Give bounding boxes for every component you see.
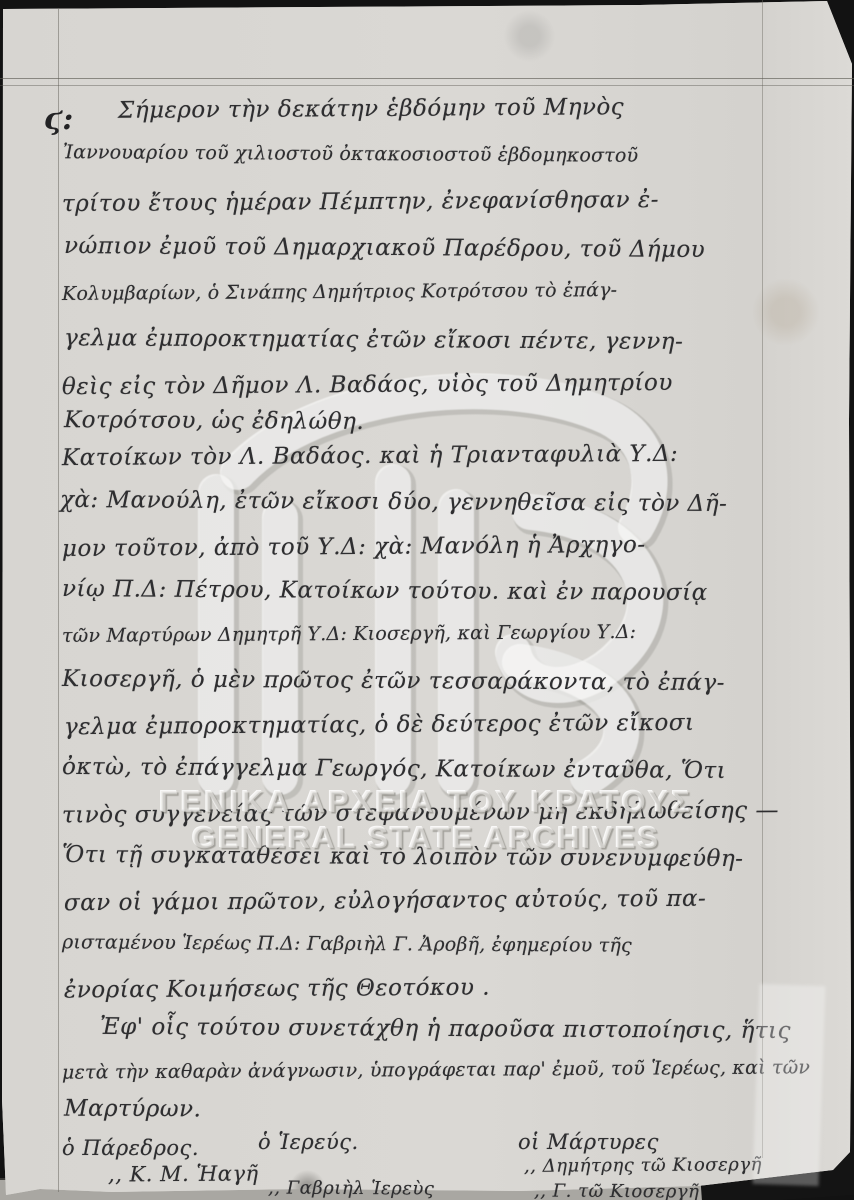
- watermark-text-english: GENERAL STATE ARCHIVES: [168, 820, 684, 856]
- manuscript-line: γελμα ἐμποροκτηματίας, ὁ δὲ δεύτερος ἐτῶ…: [64, 710, 695, 740]
- manuscript-line: Ἰαννουαρίου τοῦ χιλιοστοῦ ὀκτακοσιοστοῦ …: [63, 141, 638, 167]
- signature-name-priest: ,, Γαβριὴλ Ἱερεὺς: [268, 1177, 435, 1199]
- manuscript-line: ὀκτὼ, τὸ ἐπάγγελμα Γεωργός, Κατοίκων ἐντ…: [62, 754, 726, 784]
- margin-rule-left: [58, 8, 59, 1192]
- sheet-fold-edge: [753, 984, 826, 1186]
- manuscript-line: μον τοῦτον, ἀπὸ τοῦ Υ.Δ: χὰ: Μανόλη ἡ Ἀρ…: [62, 532, 646, 562]
- manuscript-line: Κιοσεργῆ, ὁ μὲν πρῶτος ἐτῶν τεσσαράκοντα…: [62, 666, 725, 696]
- manuscript-line: σαν οἱ γάμοι πρῶτον, εὐλογήσαντος αὐτούς…: [64, 886, 706, 916]
- signature-title-priest: ὁ Ἱερεύς.: [258, 1130, 359, 1154]
- margin-entry-number: ϛ:: [44, 102, 73, 137]
- manuscript-line: νώπιον ἐμοῦ τοῦ Δημαρχιακοῦ Παρέδρου, το…: [64, 233, 705, 263]
- manuscript-line: Μαρτύρων.: [64, 1096, 202, 1123]
- manuscript-line: Ἐφ' οἷς τούτου συνετάχθη ἡ παροῦσα πιστο…: [100, 1014, 791, 1044]
- signature-title-paredros: ὁ Πάρεδρος.: [62, 1136, 199, 1160]
- manuscript-line: νίῳ Π.Δ: Πέτρου, Κατοίκων τούτου. καὶ ἐν…: [62, 576, 708, 606]
- manuscript-line: γελμα ἐμποροκτηματίας ἐτῶν εἴκοσι πέντε,…: [64, 325, 683, 355]
- header-rule-bottom: [0, 85, 854, 86]
- manuscript-line: χὰ: Μανούλη, ἐτῶν εἴκοσι δύο, γεννηθεῖσα…: [60, 487, 727, 517]
- watermark-text-greek: ΓΕΝΙΚΑ ΑΡΧΕΙΑ ΤΟΥ ΚΡΑΤΟΥΣ: [138, 784, 714, 820]
- signature-name-witness-2: ,, Γ. τῶ Κιοσεργῆ: [534, 1180, 700, 1200]
- manuscript-line: τρίτου ἔτους ἡμέραν Πέμπτην, ἐνεφανίσθησ…: [62, 187, 659, 217]
- signature-title-witnesses: οἱ Μάρτυρες: [518, 1130, 659, 1154]
- signature-name-witness-1: ,, Δημήτρης τῶ Κιοσεργῆ: [524, 1154, 762, 1177]
- manuscript-line: ρισταμένου Ἱερέως Π.Δ: Γαβριὴλ Γ. Ἀροβῆ,…: [62, 931, 632, 956]
- signature-name-paredros: ,, Κ. Μ. Ἡαγῆ: [108, 1161, 259, 1186]
- header-rule-top: [0, 78, 854, 79]
- manuscript-line: τῶν Μαρτύρων Δημητρῆ Υ.Δ: Κιοσεργῆ, καὶ …: [62, 621, 636, 647]
- manuscript-line: ἐνορίας Κοιμήσεως τῆς Θεοτόκου .: [64, 975, 490, 1004]
- scanned-document-page: ϛ: Σήμερον τὴν δεκάτην ἑβδόμην τοῦ Μηνὸς…: [0, 0, 854, 1200]
- manuscript-line: Κολυμβαρίων, ὁ Σινάπης Δημήτριος Κοτρότσ…: [62, 279, 617, 305]
- manuscript-line: Κατοίκων τὸν Λ. Βαδάος. καὶ ἡ Τριανταφυλ…: [62, 441, 678, 471]
- manuscript-line: θεὶς εἰς τὸν Δῆμον Λ. Βαδάος, υἱὸς τοῦ Δ…: [62, 370, 673, 400]
- manuscript-line: Σήμερον τὴν δεκάτην ἑβδόμην τοῦ Μηνὸς: [118, 94, 624, 124]
- manuscript-line: Κοτρότσου, ὡς ἐδηλώθη.: [64, 407, 364, 435]
